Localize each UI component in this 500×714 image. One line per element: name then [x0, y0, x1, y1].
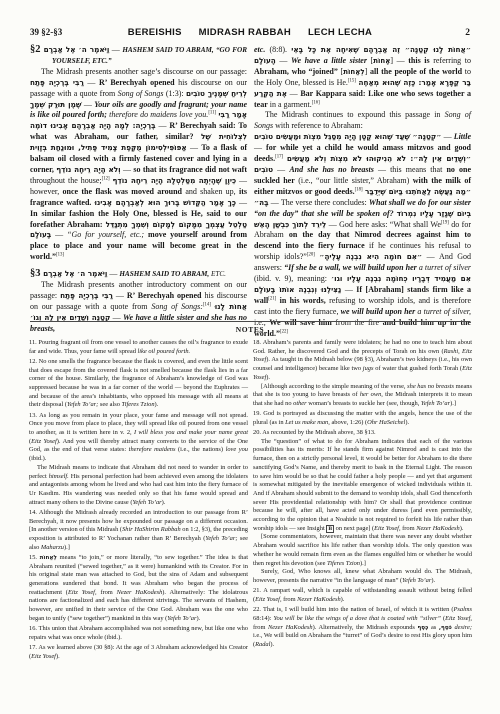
- text-run: ).]: [360, 560, 366, 567]
- text-run: (8:8).: [265, 45, 291, 54]
- footnote-reference: [11]: [208, 111, 216, 116]
- text-run: Tiferes Tzion: [327, 560, 360, 567]
- text-run: 20. As recounted by the Midrash above, 3…: [253, 429, 376, 436]
- text-run: therefore maidens: [129, 446, 176, 453]
- section-3-body-continued: etc. (8:8). ״אֲחוֹת לָנוּ קְטַנָּה״ זֶה …: [254, 45, 471, 110]
- expound-intro: The Midrash continues to expound this pa…: [254, 110, 471, 132]
- text-run: —: [107, 269, 119, 278]
- text-run: with reference to Abraham:: [273, 121, 363, 130]
- text-run: —: [81, 100, 94, 109]
- text-run: see also: [98, 401, 121, 408]
- expound-body: ״קְטַנָּה״ שֶׁעַד שֶׁהוּא קָטָן הָיָה מְ…: [254, 132, 471, 339]
- text-run: Little: [454, 132, 471, 141]
- text-run: once the flask was moved around: [63, 187, 182, 196]
- note-21: 21. A rampart wall, which is capable of …: [253, 587, 472, 604]
- text-run: a turret of silver,: [417, 307, 471, 316]
- text-run: himself.: [49, 473, 69, 480]
- note-17: 17. As we learned above (30 §8): At the …: [29, 644, 248, 661]
- text-run: i.e., We will build on Abraham the “turr…: [253, 632, 472, 648]
- text-run: HASHEM SAID TO ABRAM,: [119, 270, 209, 278]
- book-page: 39 §2-§3 BEREISHIS MIDRASH RABBAH LECH L…: [0, 0, 500, 714]
- hebrew-text: כֹּסֶף,: [439, 625, 452, 631]
- text-run: R’ Berechyah opened: [127, 291, 202, 300]
- text-run: ).: [56, 653, 60, 660]
- text-run: We have a little sister: [291, 56, 367, 65]
- text-run: —: [236, 198, 247, 207]
- text-run: this is: [408, 56, 429, 65]
- text-run: —: [121, 165, 134, 174]
- hebrew-text: אָחוֹת: [373, 56, 390, 65]
- text-run: And she has no breasts: [289, 165, 374, 174]
- text-run: —: [109, 45, 122, 54]
- note-12: 12. No one smells the fragrance because …: [29, 358, 248, 410]
- text-run: The “question” of what to do for Abraham…: [253, 438, 472, 532]
- text-run: ).: [196, 615, 200, 622]
- text-run: so that its fragrance did not waft: [133, 165, 247, 174]
- hebrew-text: ״קְטַנָּה״ שֶׁעַד שֶׁהוּא קָטָן הָיָה מְ…: [254, 132, 441, 141]
- note-15: 15. לְאַחוֹת means “to join,” or more li…: [29, 554, 248, 624]
- text-run: referring to: [430, 56, 471, 65]
- text-run: jugs: [363, 365, 374, 372]
- footnote-reference: [14]: [203, 302, 211, 307]
- footnote-reference: [17]: [275, 154, 283, 159]
- note-19: 19. God is portrayed as discussing the m…: [253, 410, 472, 427]
- text-run: ).: [431, 577, 435, 584]
- text-run: —: [287, 89, 300, 98]
- text-run: Song of Songs:: [151, 302, 203, 311]
- text-run: Yefeh To’ar: [402, 577, 431, 584]
- text-run: ).: [405, 419, 409, 426]
- hebrew-text: וְלֹא הָיָה רֵיחָהּ נוֹדֵף: [56, 165, 120, 174]
- body-column-left: §2 וַיֹּאמֶר ה׳ אֶל אַבְרָם — HASHEM SAI…: [30, 45, 247, 335]
- text-run: of water that gushed forth Torah (: [373, 365, 462, 372]
- text-run: —: [254, 143, 266, 152]
- text-run: Eitz Yosef,: [445, 615, 472, 622]
- text-run: her own,: [360, 391, 383, 398]
- text-run: Nezer HaKodesh: [416, 525, 460, 532]
- text-run: ).: [155, 401, 159, 408]
- hebrew-text: לְאַחוֹת: [40, 555, 57, 561]
- note-20-continued-1: The “question” of what to do for Abraham…: [253, 438, 472, 534]
- text-run: —: [51, 230, 67, 239]
- text-run: (i.e., “our little sister,” Abraham): [295, 176, 413, 185]
- text-run: Yefeh To’ar: [421, 400, 450, 407]
- running-title-work: MIDRASH RABBAH: [199, 27, 291, 38]
- running-title: BEREISHIS MIDRASH RABBAH LECH LECHA: [116, 27, 384, 38]
- text-run: desire;: [454, 624, 472, 631]
- note-18-continued: [Although according to the simple meanin…: [253, 383, 472, 409]
- text-run: I will bless you and make your name grea…: [134, 429, 248, 436]
- section-2-heading: §2 וַיֹּאמֶר ה׳ אֶל אַבְרָם — HASHEM SAI…: [30, 45, 247, 67]
- text-run: Yefeh To’ar;: [67, 401, 98, 408]
- text-run: (i.e., the nations): [175, 446, 225, 453]
- footnote-reference: [16]: [312, 100, 320, 105]
- text-run: —: [84, 78, 99, 87]
- note-14: 14. Although the Midrash already recorde…: [29, 509, 248, 553]
- text-run: ] —: [390, 56, 408, 65]
- text-run: “If she be a wall, we will build upon he…: [284, 263, 417, 272]
- text-run: B: [326, 525, 334, 533]
- text-run: in his words,: [280, 296, 326, 305]
- note-11: 11. Pouring fragrant oil from one vessel…: [29, 339, 248, 356]
- note-13-continued: The Midrash means to indicate that Abrah…: [29, 464, 248, 508]
- text-run: all the people of the world: [370, 67, 462, 76]
- text-run: 22. That is, I will build him into the n…: [253, 606, 454, 613]
- text-run: Ohr HaSeichel: [367, 419, 405, 426]
- note-18: 18. Abraham’s parents and family were id…: [253, 339, 472, 383]
- text-run: Eitz Yosef: [31, 438, 57, 445]
- text-run: ). Alternatively, the Midrash expounds: [313, 624, 418, 631]
- text-run: ).: [270, 641, 274, 648]
- text-run: etc.: [254, 45, 265, 54]
- text-run: —: [273, 165, 289, 174]
- text-run: —: [341, 285, 356, 294]
- text-run: Yefeh To’ar: [132, 499, 161, 506]
- text-run: —: [187, 143, 202, 152]
- hebrew-text: וַיֹּאמֶר ה׳ אֶל אַבְרָם: [44, 45, 110, 54]
- text-run: —: [441, 132, 453, 141]
- note-16: 16. This union that Abraham accomplished…: [29, 625, 248, 642]
- text-run: —: [113, 291, 127, 300]
- footnote-reference: [12]: [102, 176, 110, 181]
- notes-column-right: 18. Abraham’s parents and family were id…: [253, 339, 472, 650]
- text-run: Eitz Yosef,: [374, 525, 400, 532]
- text-run: Tiferes Tzion: [122, 401, 155, 408]
- text-run: (ibid. v. 9), meaning:: [254, 274, 331, 283]
- text-run: ).: [266, 374, 270, 381]
- text-run: from: [97, 589, 117, 596]
- text-run: ).: [162, 499, 166, 506]
- running-title-parashah: LECH LECHA: [308, 27, 372, 38]
- text-run: The Midrash continues to expound this pa…: [265, 110, 445, 119]
- hebrew-text: ״אִם חוֹמָה הִיא נִבְנֶה עָלֶיהָ״: [319, 252, 422, 261]
- text-run: from: [282, 596, 298, 603]
- text-run: Yefeh To’ar: [167, 615, 196, 622]
- note-20: 20. As recounted by the Midrash above, 3…: [253, 429, 472, 438]
- text-run: a turret of silver: [419, 263, 471, 272]
- text-run: as: [428, 624, 439, 631]
- text-run: Nezer HaKodesh: [268, 624, 313, 631]
- hebrew-text: כָּךְ אָמַר הַקָּדוֹשׁ בָּרוּךְ הוּא לְא…: [94, 198, 236, 207]
- text-run: You will be like the wings of a dove tha…: [274, 615, 441, 622]
- notes-divider: [30, 321, 470, 322]
- text-run: like oil poured forth.: [138, 348, 191, 355]
- footnote-reference: [20]: [307, 253, 315, 258]
- text-run: we will build upon her: [341, 307, 416, 316]
- text-run: [Although according to the simple meanin…: [261, 383, 407, 390]
- text-run: throughout the house;: [30, 176, 102, 185]
- text-run: [194, 132, 201, 141]
- section-2-body: The Midrash presents another sage’s disc…: [30, 67, 247, 263]
- text-run: 18. Abraham’s parents and family were id…: [253, 339, 472, 355]
- text-run: 16. This union that Abraham accomplished…: [29, 625, 248, 641]
- text-run: ETC.: [209, 270, 226, 278]
- text-run: love you: [226, 446, 248, 453]
- text-run: —: [276, 56, 291, 65]
- text-run: on next page] (: [334, 525, 374, 532]
- text-run: — this means that: [374, 165, 447, 174]
- running-header: 39 §2-§3 BEREISHIS MIDRASH RABBAH LECH L…: [30, 27, 470, 38]
- text-run: in a garment.: [268, 100, 312, 109]
- text-run: 15.: [29, 554, 40, 561]
- footnote-reference: [15]: [348, 78, 356, 83]
- note-20-continued-3: Surely, God, Who knows all, knew what Ab…: [253, 568, 472, 585]
- text-run: (ibid.).: [29, 455, 46, 462]
- text-run: she has no breasts: [407, 383, 454, 390]
- hebrew-text: כֶּסֶף: [418, 625, 429, 631]
- running-title-book: BEREISHIS: [128, 27, 182, 38]
- page-number: 2: [384, 28, 470, 38]
- text-run: above, 1:26) (: [330, 419, 367, 426]
- note-20-continued-2: [Some commentators, however, maintain th…: [253, 533, 472, 568]
- text-run: §3: [30, 268, 43, 279]
- text-run: “Go for yourself, etc.;: [67, 230, 144, 239]
- text-run: Maharzu: [41, 544, 64, 551]
- hebrew-text: כֵּיוָן שֶׁהָיְתָה מִטַּלְטְלָה הָיָה רֵ…: [113, 176, 237, 185]
- text-run: Shir HaShirim Rabbah: [122, 526, 181, 533]
- text-run: R’ Berechyah opened: [99, 78, 175, 87]
- text-run: ).: [341, 596, 345, 603]
- notes-title: NOTES: [0, 325, 500, 334]
- hebrew-text: לְאַחוֹת: [343, 67, 364, 76]
- text-run: from: [253, 624, 268, 631]
- hebrew-text: רַבִּי בֶּרֶכְיָה פָּתַח: [60, 291, 113, 300]
- body-column-right: etc. (8:8). ״אֲחוֹת לָנוּ קְטַנָּה״ זֶה …: [254, 45, 471, 339]
- text-run: Yefeh To’ar;: [205, 535, 237, 542]
- text-run: ).]: [450, 400, 456, 407]
- text-run: Psalms: [454, 606, 472, 613]
- text-run: (1:3):: [164, 89, 186, 98]
- text-run: Abraham, who “joined”: [254, 67, 338, 76]
- text-run: Song of Songs: [118, 89, 164, 98]
- text-run: —: [156, 121, 170, 130]
- footnote-reference: [19]: [441, 220, 449, 225]
- text-run: Nezer HaKodesh: [297, 596, 341, 603]
- text-run: — God here asks: “What shall We: [326, 220, 441, 229]
- notes-column-left: 11. Pouring fragrant oil from one vessel…: [29, 339, 248, 661]
- section-3-heading: §3 וַיֹּאמֶר ה׳ אֶל אַבְרָם — HASHEM SAI…: [30, 269, 247, 280]
- text-run: Eitz Yosef: [31, 653, 56, 660]
- text-run: woman’s breasts to suckle her (see, thou…: [307, 400, 421, 407]
- text-run: therefore do maidens love you.: [107, 110, 208, 119]
- footnote-reference: [18]: [355, 187, 363, 192]
- text-run: 68:14):: [253, 615, 274, 622]
- text-run: — The verse there concludes:: [269, 198, 369, 207]
- text-run: The Midrash presents another sage’s disc…: [41, 67, 247, 76]
- footnote-reference: [13]: [56, 253, 64, 258]
- text-run: Nezer HaKodesh: [117, 589, 163, 596]
- hebrew-text: רַבִּי בֶּרֶכְיָה פָּתַח: [30, 78, 84, 87]
- text-run: Let us make man,: [285, 419, 330, 426]
- text-run: from: [401, 525, 417, 532]
- text-run: Eitz Yosef,: [255, 596, 281, 603]
- hebrew-text: וַיֹּאמֶר ה׳ אֶל אַבְרָם: [43, 269, 107, 278]
- text-run: other: [293, 400, 307, 407]
- note-22: 22. That is, I will build him into the n…: [253, 606, 472, 650]
- text-run: Eitz Yosef,: [68, 589, 97, 596]
- text-run: Surely, God, Who knows all, knew what Ab…: [253, 568, 472, 584]
- note-13: 13. As long as you remain in your place,…: [29, 412, 248, 464]
- text-run: ).: [460, 525, 464, 532]
- folio-section-range: 39 §2-§3: [30, 27, 116, 37]
- text-run: and shaken up,: [182, 187, 239, 196]
- text-run: Radal: [255, 641, 270, 648]
- text-run: §2: [30, 44, 44, 55]
- text-run: ).]: [64, 544, 70, 551]
- text-run: 17. As we learned above (30 §8): At the …: [29, 644, 248, 660]
